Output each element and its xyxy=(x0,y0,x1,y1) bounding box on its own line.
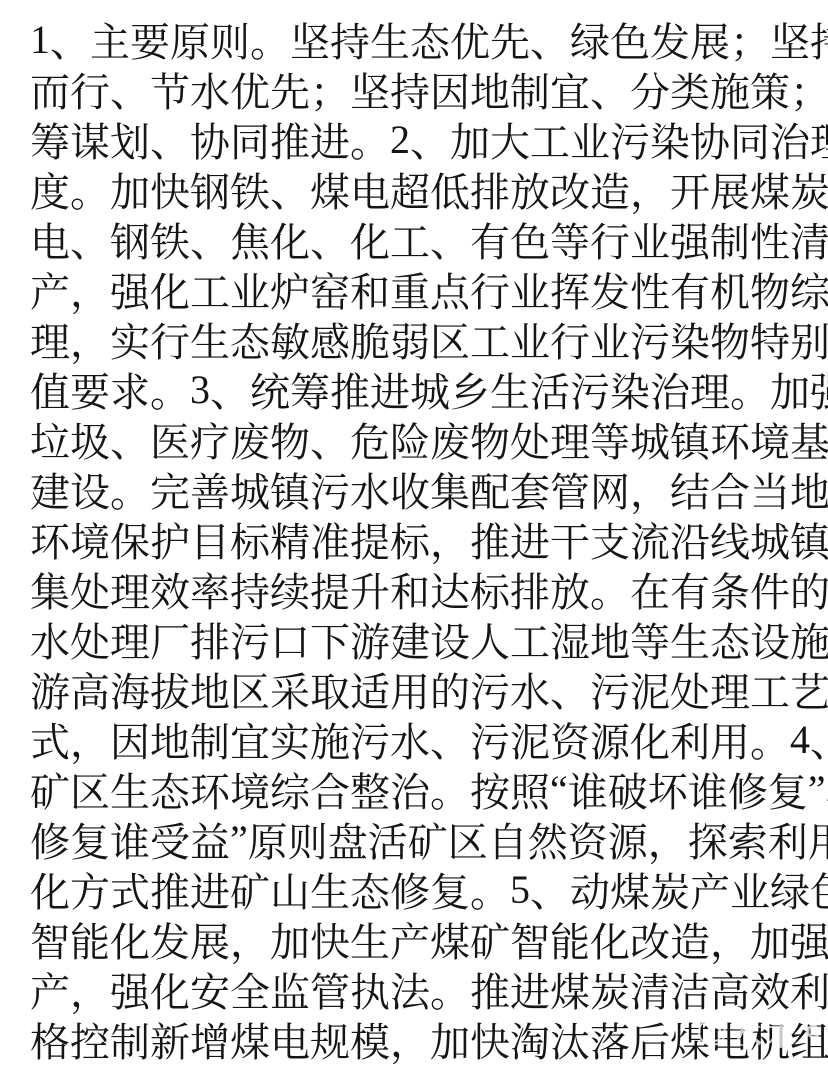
text-line: 垃圾、医疗废物、危险废物处理等城镇环境基础设施 xyxy=(30,414,798,464)
text-line: 游高海拔地区采取适用的污水、污泥处理工艺和模 xyxy=(30,664,798,714)
text-line: 产，强化安全监管执法。推进煤炭清洁高效利用，严 xyxy=(30,964,798,1014)
text-line: 值要求。3、统筹推进城乡生活污染治理。加强污水 xyxy=(30,364,798,414)
text-line: 水处理厂排污口下游建设人工湿地等生态设施，在上 xyxy=(30,614,798,664)
text-line: 格控制新增煤电规模，加快淘汰落后煤电机组。加强 xyxy=(30,1014,798,1064)
text-line: 智能化发展，加快生产煤矿智能化改造，加强安全生 xyxy=(30,914,798,964)
text-line: 筹谋划、协同推进。2、加大工业污染协同治理力 xyxy=(30,114,798,164)
text-line: 矿区生态环境综合整治。按照“谁破坏谁修复”、“谁 xyxy=(30,764,798,814)
text-line: 修复谁受益”原则盘活矿区自然资源，探索利用市场 xyxy=(30,814,798,864)
text-line: 环境保护目标精准提标，推进干支流沿线城镇污水收 xyxy=(30,514,798,564)
text-line: 建设。完善城镇污水收集配套管网，结合当地流域水 xyxy=(30,464,798,514)
text-line: 而行、节水优先；坚持因地制宜、分类施策；坚持统 xyxy=(30,64,798,114)
text-line: 化方式推进矿山生态修复。5、动煤炭产业绿色化、 xyxy=(30,864,798,914)
document-page: 1、主要原则。坚持生态优先、绿色发展；坚持量水 而行、节水优先；坚持因地制宜、分… xyxy=(0,0,828,1066)
text-line: 式，因地制宜实施污水、污泥资源化利用。4、开展 xyxy=(30,714,798,764)
text-line: 1、主要原则。坚持生态优先、绿色发展；坚持量水 xyxy=(30,14,798,64)
text-line: 度。加快钢铁、煤电超低排放改造，开展煤炭、火 xyxy=(30,164,798,214)
document-text-block: 1、主要原则。坚持生态优先、绿色发展；坚持量水 而行、节水优先；坚持因地制宜、分… xyxy=(0,0,828,1064)
text-line: 理，实行生态敏感脆弱区工业行业污染物特别排放限 xyxy=(30,314,798,364)
text-line: 产，强化工业炉窑和重点行业挥发性有机物综合治 xyxy=(30,264,798,314)
text-line: 集处理效率持续提升和达标排放。在有条件的城镇污 xyxy=(30,564,798,614)
text-line: 电、钢铁、焦化、化工、有色等行业强制性清洁生 xyxy=(30,214,798,264)
